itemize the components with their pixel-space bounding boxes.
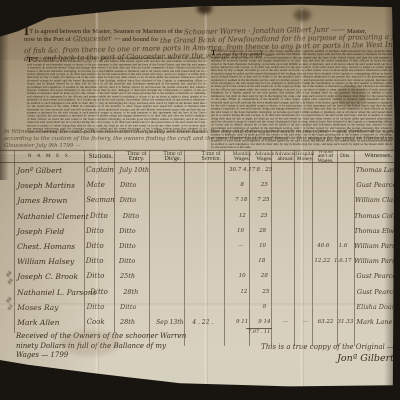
cell-margin xyxy=(0,209,13,224)
cell-monthly: 12 xyxy=(232,285,255,300)
cell-margin xyxy=(0,224,13,239)
column-header-witness: Witnesses. xyxy=(353,151,400,162)
table-row: Joseph MartinsMateDitto825Gust Pearce xyxy=(0,178,400,193)
table-row: Jonª GilbertCaptainJuly 10th30.7 4.178 .… xyxy=(0,163,400,178)
cell-discharge xyxy=(152,239,188,254)
cell-name: James Brown xyxy=(13,193,83,208)
cell-entry: 28th xyxy=(115,315,153,330)
cell-witness: William Parsons xyxy=(351,254,400,269)
cell-margin xyxy=(0,254,13,269)
cell-hospital xyxy=(295,224,312,239)
handwritten-annotation-3: Gloucester July 9th 1799 — xyxy=(4,143,396,150)
ink-stain xyxy=(294,9,311,21)
table-row: Joseph C. BrookDitto25th1028Gust Pearce xyxy=(0,269,400,284)
cell-entry: Ditto xyxy=(114,239,152,254)
cell-entry: Ditto xyxy=(114,224,152,239)
cell-name: Joseph C. Brook xyxy=(13,269,83,284)
handwritten-annotation-2: according to the custom of the fishery, … xyxy=(4,136,396,143)
cell-name: Chest. Homans xyxy=(13,239,83,254)
cell-margin xyxy=(0,178,13,193)
table-row: William HalseyDittoDitto1812.221.6.17Wil… xyxy=(0,254,400,269)
cell-name: Nathaniel Clement xyxy=(13,209,87,224)
cell-entry: Ditto xyxy=(115,300,153,315)
cell-abroad xyxy=(274,209,295,224)
handwritten-annotation-1: In Witness whereof the said parties have… xyxy=(4,129,396,136)
column-header-margin xyxy=(0,151,13,162)
cell-name: Moses Ray xyxy=(13,300,83,315)
cell-hospital xyxy=(295,193,312,208)
cell-dits xyxy=(338,285,354,300)
cell-service xyxy=(192,285,232,300)
receipt-line: ninety Dollars in full of the Ballance o… xyxy=(16,342,246,352)
cell-whole: 63.22 xyxy=(314,315,338,330)
cell-whole: 40.6 xyxy=(311,239,335,254)
cell-margin xyxy=(0,163,13,178)
cell-dits xyxy=(337,269,353,284)
cell-station: Ditto xyxy=(83,224,114,239)
receipt-note: Received of the Owners of the schooner W… xyxy=(16,332,246,361)
table-row: Mark AllenCook28thSep 13th4 . 22 .9 119 … xyxy=(0,315,400,330)
cell-whole xyxy=(314,178,338,193)
printed-articles-left-column: THAT in consideration of the monthly or … xyxy=(27,57,207,133)
port-handwriting: Gloucester — xyxy=(73,35,121,45)
cell-margin xyxy=(0,193,13,208)
cell-discharge xyxy=(156,285,192,300)
cell-station: Ditto xyxy=(83,239,114,254)
column-header-station: Stations. xyxy=(84,151,115,162)
cell-abroad xyxy=(272,254,294,269)
table-column-rule xyxy=(312,150,313,346)
cell-station: Captain xyxy=(83,163,114,178)
receipt-line: Wages — 1799 xyxy=(16,351,246,361)
table-row: Nathaniel L. ParsonsDitto28th1225Gust Pe… xyxy=(0,285,400,300)
table-column-rule xyxy=(184,150,185,346)
cell-entry: Ditto xyxy=(115,193,153,208)
cell-whole xyxy=(311,224,335,239)
cell-witness: William Parsons xyxy=(351,239,400,254)
cell-whole xyxy=(313,163,337,178)
cell-entry: 25th xyxy=(115,269,153,284)
cell-monthly: 10 xyxy=(230,269,254,284)
table-column-rule xyxy=(249,150,250,346)
cell-name: Mark Allen xyxy=(13,315,83,330)
column-header-monthly: Monthly Wages. xyxy=(230,151,254,162)
table-row: Joseph FieldDittoDitto1028Thomas Elwell xyxy=(0,224,400,239)
cell-advance: 10 xyxy=(252,239,273,254)
cell-hospital xyxy=(294,254,311,269)
document-paper: IT is agreed between the Master, Seamen … xyxy=(0,0,400,400)
cell-monthly xyxy=(228,254,251,269)
column-header-whole: Whole am't of Wages. xyxy=(314,151,338,162)
cell-entry: Ditto xyxy=(115,178,153,193)
cell-station: Cook xyxy=(84,315,115,330)
cell-whole xyxy=(315,285,338,300)
cell-discharge xyxy=(155,209,190,224)
bound-for-printed-text: and bound for xyxy=(122,36,158,43)
certification-note: This is a true coppy of the Original — J… xyxy=(242,342,394,365)
master-signature: Jonª Gilbert xyxy=(242,352,394,365)
cell-margin xyxy=(0,239,13,254)
table-row: James BrownSeamanDitto7 187 25William Cl… xyxy=(0,193,400,208)
cell-whole xyxy=(312,193,336,208)
cell-advance: 18 xyxy=(251,254,272,269)
cell-discharge xyxy=(152,224,188,239)
cell-witness: Thomas Elwell xyxy=(351,224,400,239)
cell-name: William Halsey xyxy=(13,254,83,269)
crew-table-rows: Jonª GilbertCaptainJuly 10th30.7 4.178 .… xyxy=(0,163,400,330)
cell-dits xyxy=(337,178,353,193)
cell-service xyxy=(188,224,229,239)
cell-hospital xyxy=(296,163,313,178)
cell-dits xyxy=(336,193,352,208)
ink-stain xyxy=(197,3,212,14)
cell-abroad xyxy=(273,239,295,254)
cell-monthly: 30.7 4.17 xyxy=(229,163,254,178)
table-row: Moses RayDittoDitto8Elisha Doane xyxy=(0,300,400,315)
cell-station: Ditto xyxy=(83,254,114,269)
column-header-name: N A M E S. xyxy=(13,151,83,162)
cell-monthly: 12 xyxy=(231,209,254,224)
crew-table-header: N A M E S.Stations.Time of Entry.Time of… xyxy=(0,150,400,163)
photo-of-document: IT is agreed between the Master, Seamen … xyxy=(0,0,400,400)
cell-witness: Elisha Doane xyxy=(353,300,400,315)
table-row: Nathaniel ClementDittoDitto1225Thomas Co… xyxy=(0,209,400,224)
cell-service xyxy=(188,239,229,254)
cell-witness: Thomas Colman xyxy=(351,209,400,224)
table-column-rule xyxy=(354,150,355,346)
cell-witness: Thomas Lane xyxy=(353,163,400,178)
cell-name: Jonª Gilbert xyxy=(13,163,83,178)
cell-discharge xyxy=(152,254,188,269)
table-column-rule xyxy=(271,150,272,346)
column-header-entry: Time of Entry. xyxy=(115,151,153,162)
table-column-rule xyxy=(294,150,295,346)
cell-monthly: 8 xyxy=(230,178,254,193)
column-header-dits: Dits. xyxy=(337,151,353,162)
table-row: Chest. HomansDittoDitto—1040.61.6William… xyxy=(0,239,400,254)
cell-dits: 31.33 xyxy=(337,315,353,330)
cell-whole xyxy=(314,269,338,284)
cell-service xyxy=(188,163,229,178)
cell-station: Ditto xyxy=(84,269,115,284)
table-column-rule xyxy=(224,150,225,346)
fine-print-text: THAT in consideration of the monthly or … xyxy=(27,57,207,133)
cell-name: Joseph Martins xyxy=(13,178,83,193)
cell-discharge xyxy=(152,163,188,178)
cell-entry: July 10th xyxy=(114,163,152,178)
cell-margin xyxy=(0,315,13,330)
cell-whole xyxy=(314,300,338,315)
cell-witness: Mark Lane xyxy=(353,315,400,330)
cell-monthly xyxy=(230,300,254,315)
cell-witness: William Clark xyxy=(352,193,400,208)
cell-whole xyxy=(312,209,335,224)
cell-entry: 28th xyxy=(118,285,156,300)
cell-witness: Gust Pearce xyxy=(354,285,400,300)
cell-dits xyxy=(337,300,353,315)
table-column-rule xyxy=(149,150,150,346)
cell-hospital xyxy=(295,239,312,254)
cell-advance: 25 xyxy=(256,285,277,300)
table-column-rule xyxy=(84,150,85,333)
cell-dits xyxy=(337,163,353,178)
cell-station: Seaman xyxy=(83,193,114,208)
cell-service xyxy=(188,254,229,269)
table-column-rule xyxy=(114,150,115,333)
cell-entry: Ditto xyxy=(114,254,152,269)
cell-station: Mate xyxy=(84,178,115,193)
cell-abroad xyxy=(274,193,296,208)
cell-whole: 12.22 xyxy=(311,254,334,269)
cell-advance: 28 xyxy=(252,224,273,239)
crew-table: N A M E S.Stations.Time of Entry.Time of… xyxy=(0,150,400,346)
cell-witness: Gust Pearce xyxy=(353,269,400,284)
cell-station: Ditto xyxy=(84,300,115,315)
receipt-line: Received of the Owners of the schooner W… xyxy=(16,332,246,342)
port-printed-text: now in the Port of xyxy=(24,36,71,43)
cell-abroad xyxy=(273,224,295,239)
cell-witness: Gust Pearce xyxy=(353,178,400,193)
cell-name: Joseph Field xyxy=(13,224,83,239)
cell-hospital xyxy=(295,209,312,224)
true-copy-line: This is a true coppy of the Original — xyxy=(242,342,394,352)
cell-name: Nathaniel L. Parsons xyxy=(13,285,87,300)
table-column-rule xyxy=(337,150,338,346)
